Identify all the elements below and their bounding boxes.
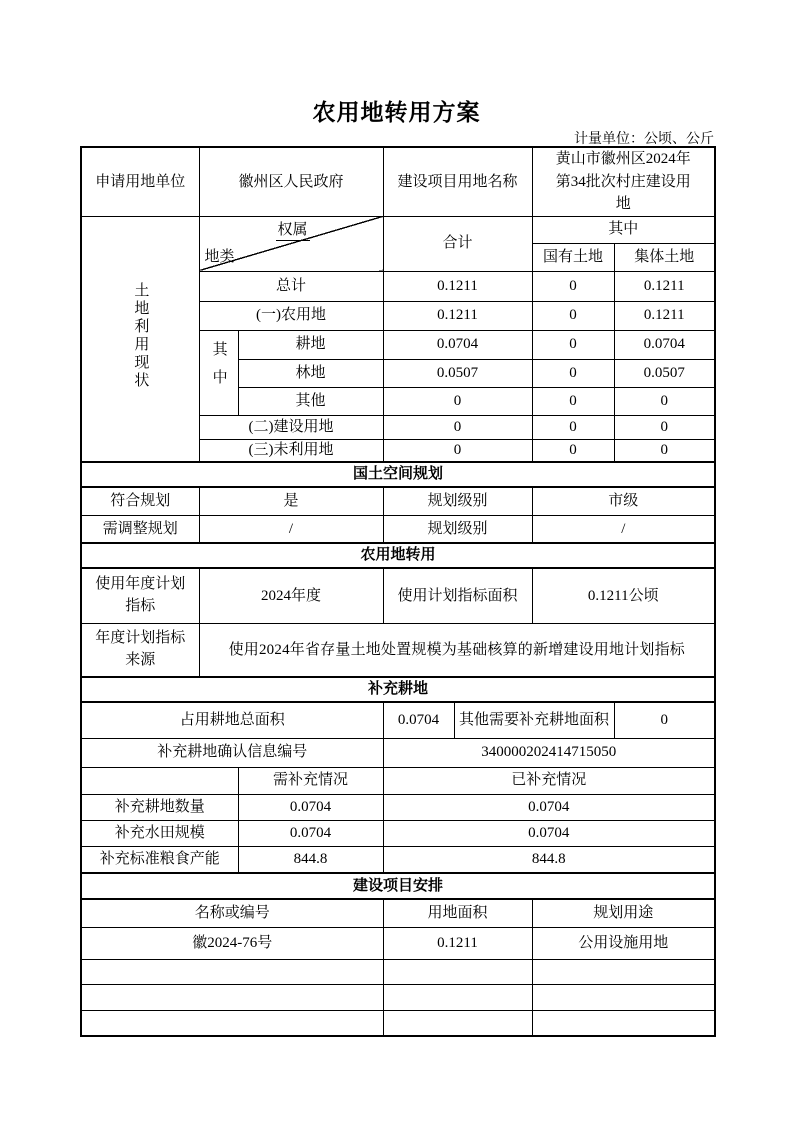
project-row-area (383, 1010, 532, 1036)
project-row-name (81, 1010, 383, 1036)
agricultural-total: 0.1211 (383, 301, 532, 330)
row-label-grand-total: 总计 (199, 271, 383, 301)
other-supplement-value: 0 (614, 702, 715, 738)
unit-note: 计量单位：公顷、公斤 (574, 128, 714, 148)
other-collective: 0 (614, 387, 715, 415)
forest-collective: 0.0507 (614, 359, 715, 387)
agricultural-state: 0 (532, 301, 614, 330)
project-row-use (532, 1010, 715, 1036)
row-label-cultivated: 耕地 (238, 330, 383, 359)
supplement-paddy-need: 0.0704 (238, 820, 383, 846)
other-supplement-label: 其他需要补充耕地面积 (454, 702, 614, 738)
row-label-other: 其他 (238, 387, 383, 415)
diagonal-ownership-label: 权属 (276, 220, 310, 241)
annual-plan-value: 2024年度 (199, 568, 383, 623)
forest-state: 0 (532, 359, 614, 387)
land-use-section-label: 土地利用现状 (81, 216, 199, 462)
other-state: 0 (532, 387, 614, 415)
project-row-use (532, 984, 715, 1010)
section-title-projects: 建设项目安排 (81, 873, 715, 899)
applicant-label: 申请用地单位 (81, 147, 199, 216)
planning-level-label-1: 规划级别 (383, 487, 532, 515)
conform-planning-value: 是 (199, 487, 383, 515)
project-value: 黄山市徽州区2024年第34批次村庄建设用地 (532, 147, 715, 216)
row-label-unused: (三)未利用地 (199, 439, 383, 462)
adjust-planning-label: 需调整规划 (81, 515, 199, 543)
conform-planning-label: 符合规划 (81, 487, 199, 515)
diagonal-header-cell: 权属 地类 (199, 216, 383, 271)
need-supplement-col-header: 需补充情况 (238, 767, 383, 794)
col-header-among: 其中 (532, 216, 715, 243)
agricultural-collective: 0.1211 (614, 301, 715, 330)
project-row-name (81, 959, 383, 984)
occupied-cultivated-label: 占用耕地总面积 (81, 702, 383, 738)
unused-collective: 0 (614, 439, 715, 462)
col-header-state-land: 国有土地 (532, 243, 614, 271)
page-title: 农用地转用方案 (0, 94, 793, 127)
construction-collective: 0 (614, 415, 715, 439)
project-row-name: 徽2024-76号 (81, 927, 383, 959)
supplement-grain-label: 补充标准粮食产能 (81, 846, 238, 873)
grand-total-collective: 0.1211 (614, 271, 715, 301)
grand-total-state: 0 (532, 271, 614, 301)
construction-total: 0 (383, 415, 532, 439)
row-label-agricultural: (一)农用地 (199, 301, 383, 330)
project-row-area: 0.1211 (383, 927, 532, 959)
supplement-quantity-label: 补充耕地数量 (81, 794, 238, 820)
planning-level-label-2: 规划级别 (383, 515, 532, 543)
cultivated-state: 0 (532, 330, 614, 359)
project-label: 建设项目用地名称 (383, 147, 532, 216)
project-use-col-header: 规划用途 (532, 899, 715, 927)
project-name-col-header: 名称或编号 (81, 899, 383, 927)
project-row-name (81, 984, 383, 1010)
unused-total: 0 (383, 439, 532, 462)
confirm-number-label: 补充耕地确认信息编号 (81, 738, 383, 767)
row-label-forest: 林地 (238, 359, 383, 387)
supplement-quantity-need: 0.0704 (238, 794, 383, 820)
among-sub-label: 其中 (199, 330, 238, 415)
applicant-value: 徽州区人民政府 (199, 147, 383, 216)
project-row-use: 公用设施用地 (532, 927, 715, 959)
section-title-supplement: 补充耕地 (81, 677, 715, 702)
supplement-grain-done: 844.8 (383, 846, 715, 873)
construction-state: 0 (532, 415, 614, 439)
row-label-construction: (二)建设用地 (199, 415, 383, 439)
planning-level-value-2: / (532, 515, 715, 543)
other-total: 0 (383, 387, 532, 415)
col-header-total: 合计 (383, 216, 532, 271)
supplement-paddy-done: 0.0704 (383, 820, 715, 846)
plan-source-value: 使用2024年省存量土地处置规模为基础核算的新增建设用地计划指标 (199, 623, 715, 677)
supplement-quantity-done: 0.0704 (383, 794, 715, 820)
cultivated-total: 0.0704 (383, 330, 532, 359)
confirm-number-value: 340000202414715050 (383, 738, 715, 767)
supplement-empty-cell (81, 767, 238, 794)
planning-level-value-1: 市级 (532, 487, 715, 515)
section-title-conversion: 农用地转用 (81, 543, 715, 568)
document-page: 农用地转用方案 计量单位：公顷、公斤 申请用地单位 徽州区人民政府 建设项目用地… (0, 0, 793, 1121)
project-value-text: 黄山市徽州区2024年第34批次村庄建设用地 (551, 148, 696, 216)
project-row-area (383, 959, 532, 984)
project-row-use (532, 959, 715, 984)
supplement-grain-need: 844.8 (238, 846, 383, 873)
done-supplement-col-header: 已补充情况 (383, 767, 715, 794)
occupied-cultivated-value: 0.0704 (383, 702, 454, 738)
project-row-area (383, 984, 532, 1010)
adjust-planning-value: / (199, 515, 383, 543)
forest-total: 0.0507 (383, 359, 532, 387)
section-title-spatial-planning: 国土空间规划 (81, 462, 715, 487)
plan-area-value: 0.1211公顷 (532, 568, 715, 623)
unused-state: 0 (532, 439, 614, 462)
plan-area-label: 使用计划指标面积 (383, 568, 532, 623)
diagonal-landtype-label: 地类 (205, 247, 235, 267)
supplement-paddy-label: 补充水田规模 (81, 820, 238, 846)
plan-source-label: 年度计划指标来源 (81, 623, 199, 677)
col-header-collective-land: 集体土地 (614, 243, 715, 271)
cultivated-collective: 0.0704 (614, 330, 715, 359)
grand-total-value: 0.1211 (383, 271, 532, 301)
annual-plan-label: 使用年度计划指标 (81, 568, 199, 623)
project-area-col-header: 用地面积 (383, 899, 532, 927)
land-conversion-form: 申请用地单位 徽州区人民政府 建设项目用地名称 黄山市徽州区2024年第34批次… (80, 146, 716, 1037)
